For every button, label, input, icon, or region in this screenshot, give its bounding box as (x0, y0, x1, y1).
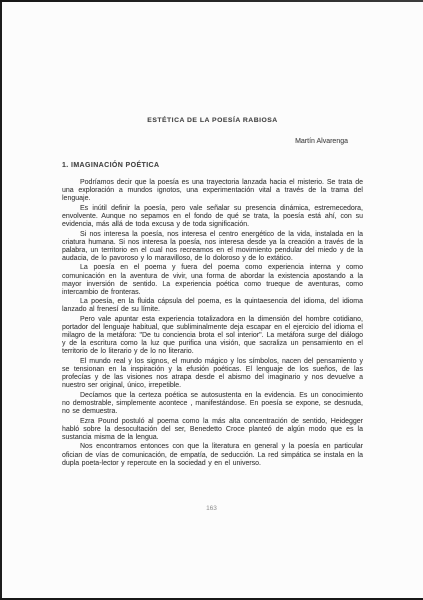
body-paragraph: Nos encontramos entonces con que la lite… (62, 443, 363, 467)
body-paragraph: Podríamos decir que la poesía es una tra… (62, 179, 363, 203)
body-paragraph: Pero vale apuntar esta experiencia total… (62, 316, 363, 356)
body-paragraph: La poesía, en la fluida cápsula del poem… (62, 298, 363, 314)
body-paragraph: Es inútil definir la poesía, pero vale s… (62, 205, 363, 229)
body-paragraph: La poesía en el poema y fuera del poema … (62, 264, 363, 296)
author-name: Martín Alvarenga (62, 138, 363, 145)
document-title: ESTÉTICA DE LA POESÍA RABIOSA (62, 117, 363, 124)
body-paragraph: El mundo real y los signos, el mundo mág… (62, 358, 363, 390)
page-number: 163 (0, 505, 423, 512)
section-heading: 1. IMAGINACIÓN POÉTICA (62, 162, 363, 169)
body-paragraph: Decíamos que la certeza poética se autos… (62, 392, 363, 416)
body-text: Podríamos decir que la poesía es una tra… (62, 179, 363, 468)
body-paragraph: Ezra Pound postuló al poema como la más … (62, 418, 363, 442)
scanned-document-page: ESTÉTICA DE LA POESÍA RABIOSA Martín Alv… (0, 0, 423, 600)
page-content: ESTÉTICA DE LA POESÍA RABIOSA Martín Alv… (62, 0, 363, 469)
body-paragraph: Si nos interesa la poesía, nos interesa … (62, 231, 363, 263)
